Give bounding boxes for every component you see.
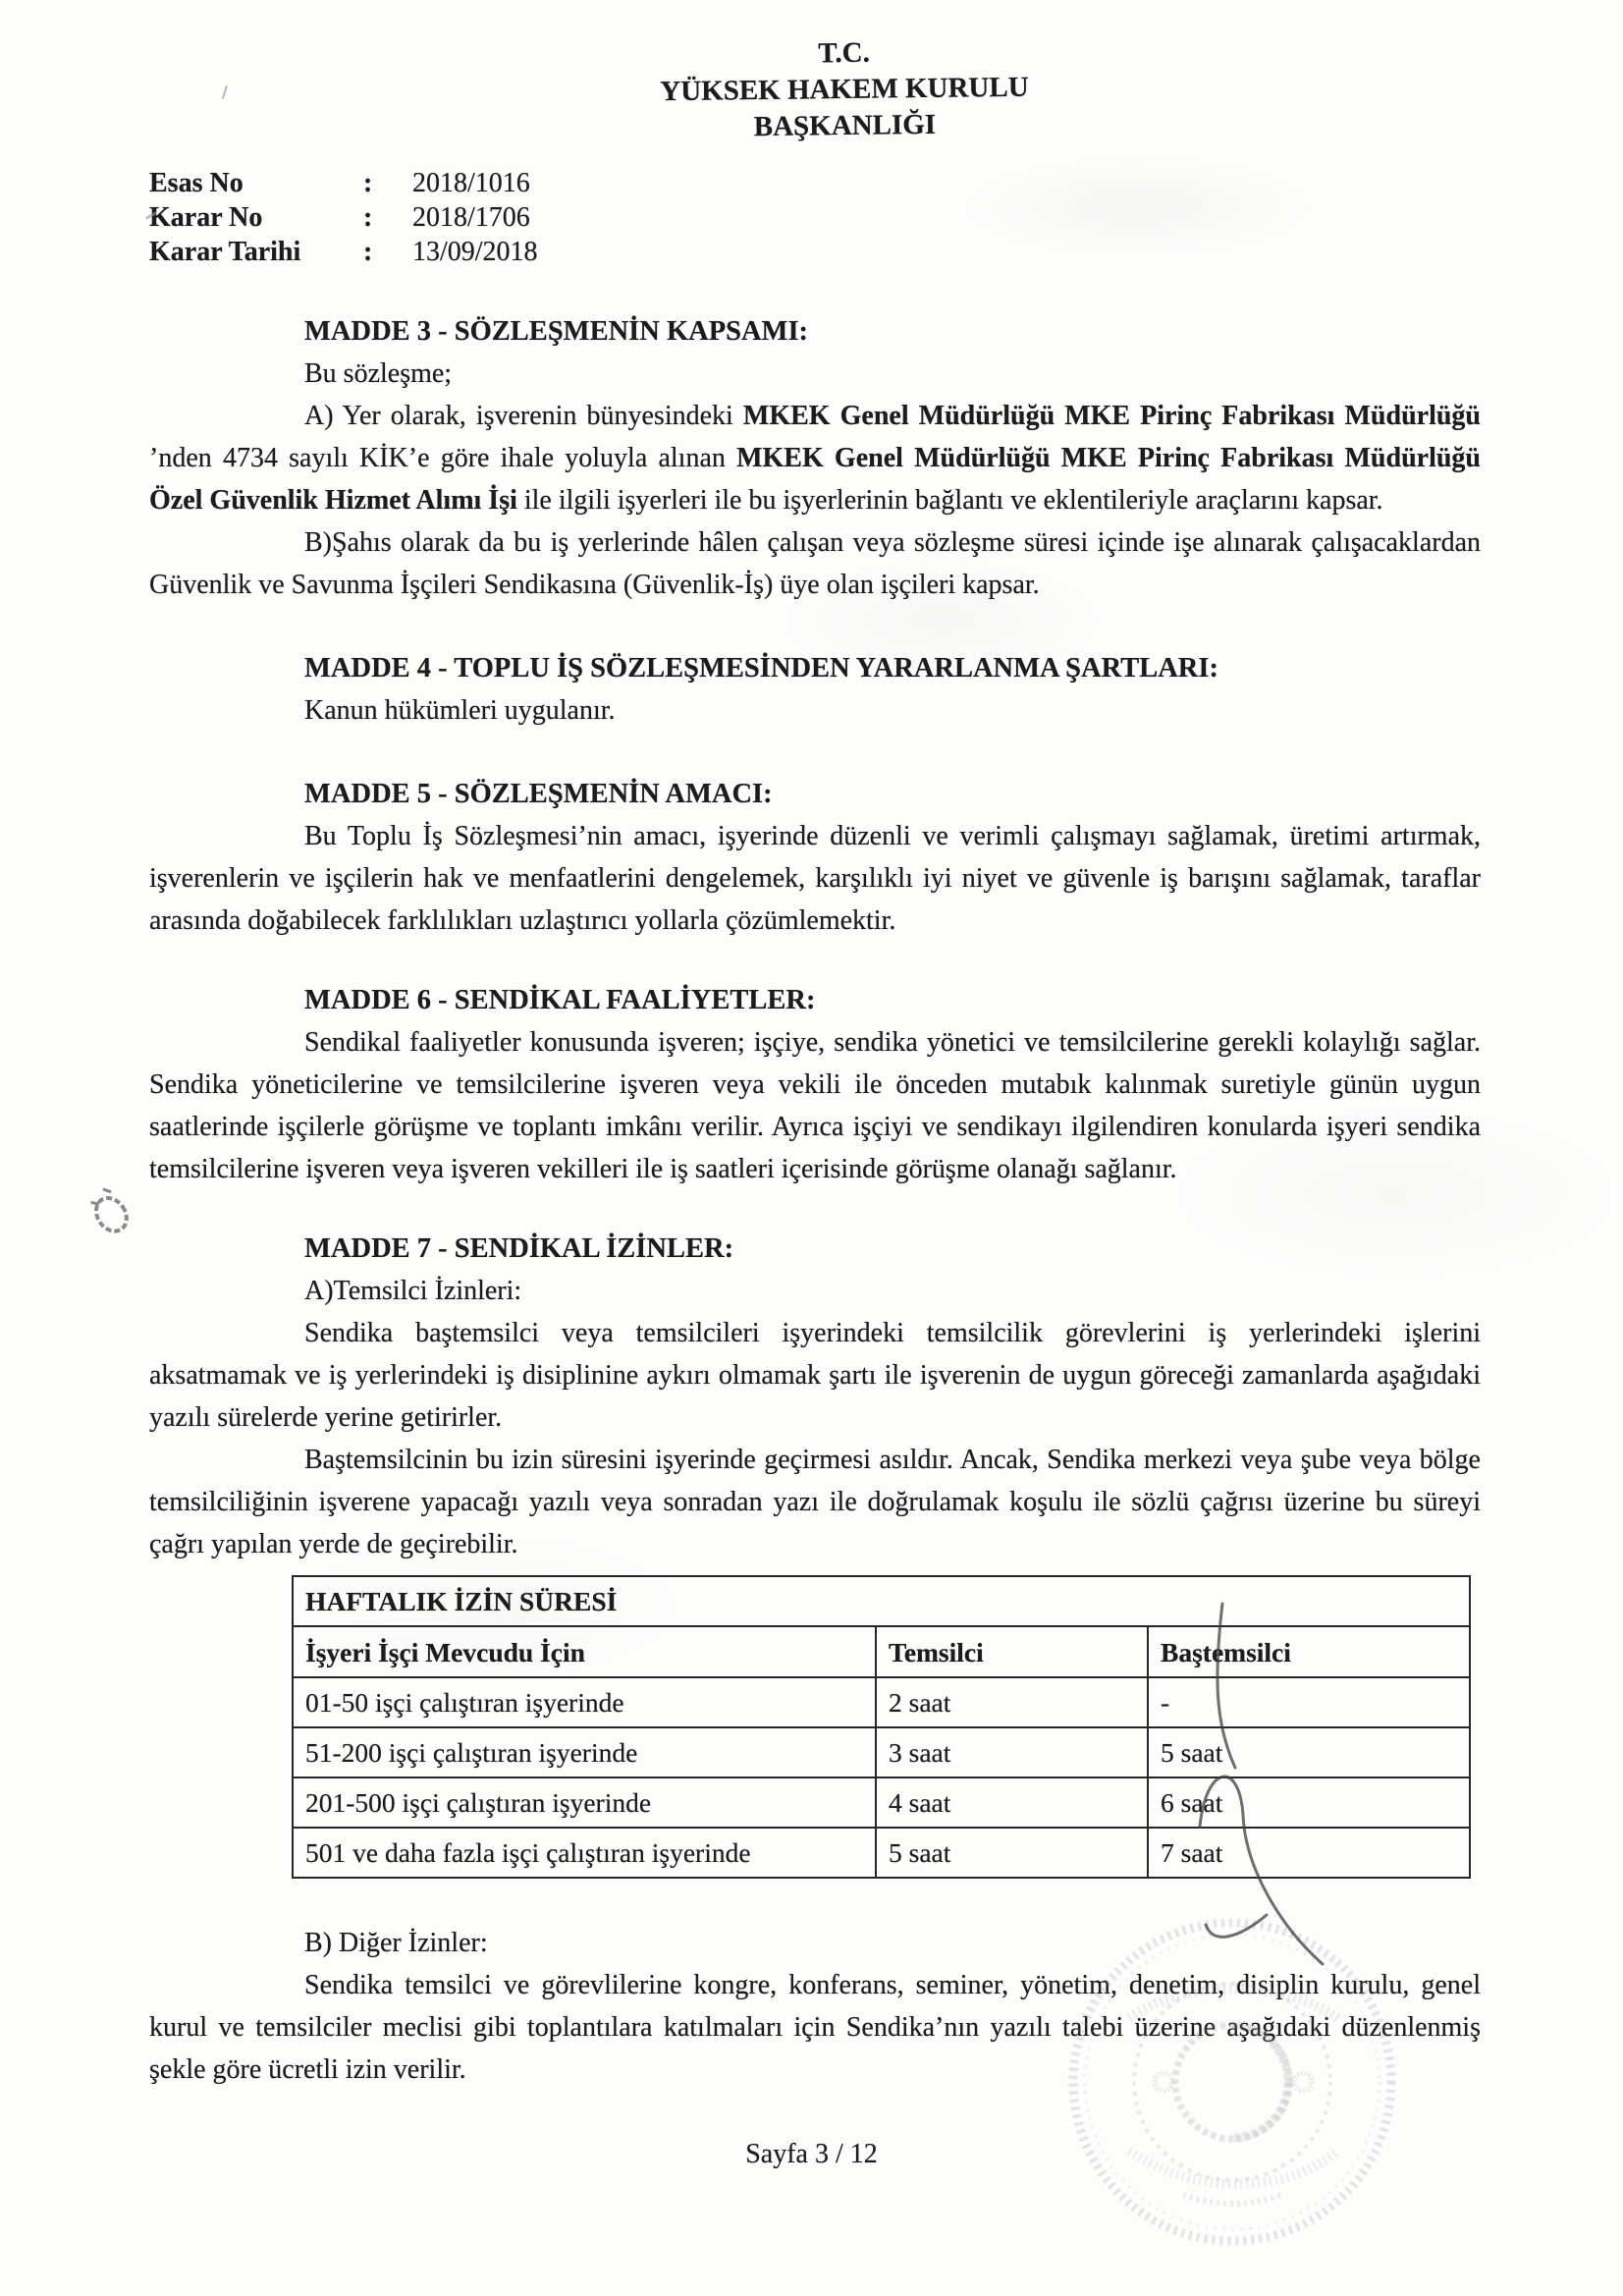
paragraph: Bu Toplu İş Sözleşmesi’nin amacı, işyeri… (149, 815, 1481, 942)
section-madde-3: MADDE 3 - SÖZLEŞMENİN KAPSAMI: Bu sözleş… (149, 310, 1481, 606)
table-cell: 201-500 işçi çalıştıran işyerinde (293, 1777, 876, 1828)
paragraph: Kanun hükümleri uygulanır. (149, 689, 1481, 732)
document-page: T.C. YÜKSEK HAKEM KURULU BAŞKANLIĞI Esas… (0, 0, 1623, 2296)
table-header-row: İşyeri İşçi Mevcudu İçin Temsilci Baştem… (293, 1626, 1470, 1677)
paragraph: B)Şahıs olarak da bu iş yerlerinde hâlen… (149, 521, 1481, 606)
table-row: 01-50 işçi çalıştıran işyerinde 2 saat - (293, 1677, 1470, 1727)
table-row: 51-200 işçi çalıştıran işyerinde 3 saat … (293, 1727, 1470, 1777)
table-cell: 7 saat (1148, 1828, 1470, 1878)
table-cell: 501 ve daha fazla işçi çalıştıran işyeri… (293, 1828, 876, 1878)
document-content: T.C. YÜKSEK HAKEM KURULU BAŞKANLIĞI Esas… (149, 35, 1481, 2091)
section-heading: MADDE 4 - TOPLU İŞ SÖZLEŞMESİNDEN YARARL… (304, 647, 1481, 689)
meta-value: 2018/1016 (412, 166, 530, 200)
meta-label: Karar Tarihi (149, 235, 363, 269)
meta-row-esas-no: Esas No : 2018/1016 (149, 166, 1481, 200)
document-header: T.C. YÜKSEK HAKEM KURULU BAŞKANLIĞI (207, 27, 1481, 152)
paragraph: Bu sözleşme; (149, 353, 1481, 395)
table-cell: 2 saat (876, 1677, 1148, 1727)
table-row: 201-500 işçi çalıştıran işyerinde 4 saat… (293, 1777, 1470, 1828)
section-heading: MADDE 5 - SÖZLEŞMENİN AMACI: (304, 773, 1481, 815)
paragraph: A) Yer olarak, işverenin bünyesindeki MK… (149, 395, 1481, 521)
section-madde-6: MADDE 6 - SENDİKAL FAALİYETLER: Sendikal… (149, 979, 1481, 1190)
section-heading: MADDE 3 - SÖZLEŞMENİN KAPSAMI: (304, 310, 1481, 353)
meta-separator: : (363, 235, 412, 269)
column-header-mevcut: İşyeri İşçi Mevcudu İçin (293, 1626, 876, 1677)
table-cell: 4 saat (876, 1777, 1148, 1828)
meta-separator: : (363, 166, 412, 200)
meta-separator: : (363, 200, 412, 235)
weekly-leave-table: HAFTALIK İZİN SÜRESİ İşyeri İşçi Mevcudu… (292, 1575, 1471, 1879)
meta-label: Karar No (149, 200, 363, 235)
meta-value: 13/09/2018 (412, 235, 538, 269)
section-heading: MADDE 7 - SENDİKAL İZİNLER: (304, 1228, 1481, 1270)
table-title-row: HAFTALIK İZİN SÜRESİ (293, 1576, 1470, 1626)
column-header-bastemsilci: Baştemsilci (1148, 1626, 1470, 1677)
table-cell: 5 saat (876, 1828, 1148, 1878)
paragraph: A)Temsilci İzinleri: (149, 1270, 1481, 1312)
paragraph: Sendika baştemsilci veya temsilcileri iş… (149, 1312, 1481, 1439)
column-header-temsilci: Temsilci (876, 1626, 1148, 1677)
meta-label: Esas No (149, 166, 363, 200)
table-cell: 6 saat (1148, 1777, 1470, 1828)
table-title: HAFTALIK İZİN SÜRESİ (293, 1576, 1470, 1626)
table-cell: 5 saat (1148, 1727, 1470, 1777)
official-stamp-icon (1036, 1900, 1429, 2273)
table-cell: 3 saat (876, 1727, 1148, 1777)
section-madde-5: MADDE 5 - SÖZLEŞMENİN AMACI: Bu Toplu İş… (149, 773, 1481, 942)
table-cell: 01-50 işçi çalıştıran işyerinde (293, 1677, 876, 1727)
meta-row-karar-no: Karar No : 2018/1706 (149, 200, 1481, 235)
page-number: Sayfa 3 / 12 (0, 2139, 1623, 2170)
section-madde-4: MADDE 4 - TOPLU İŞ SÖZLEŞMESİNDEN YARARL… (149, 647, 1481, 732)
case-meta-block: Esas No : 2018/1016 Karar No : 2018/1706… (149, 166, 1481, 269)
paragraph: Baştemsilcinin bu izin süresini işyerind… (149, 1439, 1481, 1565)
paragraph: Sendikal faaliyetler konusunda işveren; … (149, 1021, 1481, 1190)
table-row: 501 ve daha fazla işçi çalıştıran işyeri… (293, 1828, 1470, 1878)
table-cell: - (1148, 1677, 1470, 1727)
section-heading: MADDE 6 - SENDİKAL FAALİYETLER: (304, 979, 1481, 1021)
table-cell: 51-200 işçi çalıştıran işyerinde (293, 1727, 876, 1777)
meta-row-karar-tarihi: Karar Tarihi : 13/09/2018 (149, 235, 1481, 269)
ink-paraph-mark (77, 1175, 145, 1243)
meta-value: 2018/1706 (412, 200, 530, 235)
